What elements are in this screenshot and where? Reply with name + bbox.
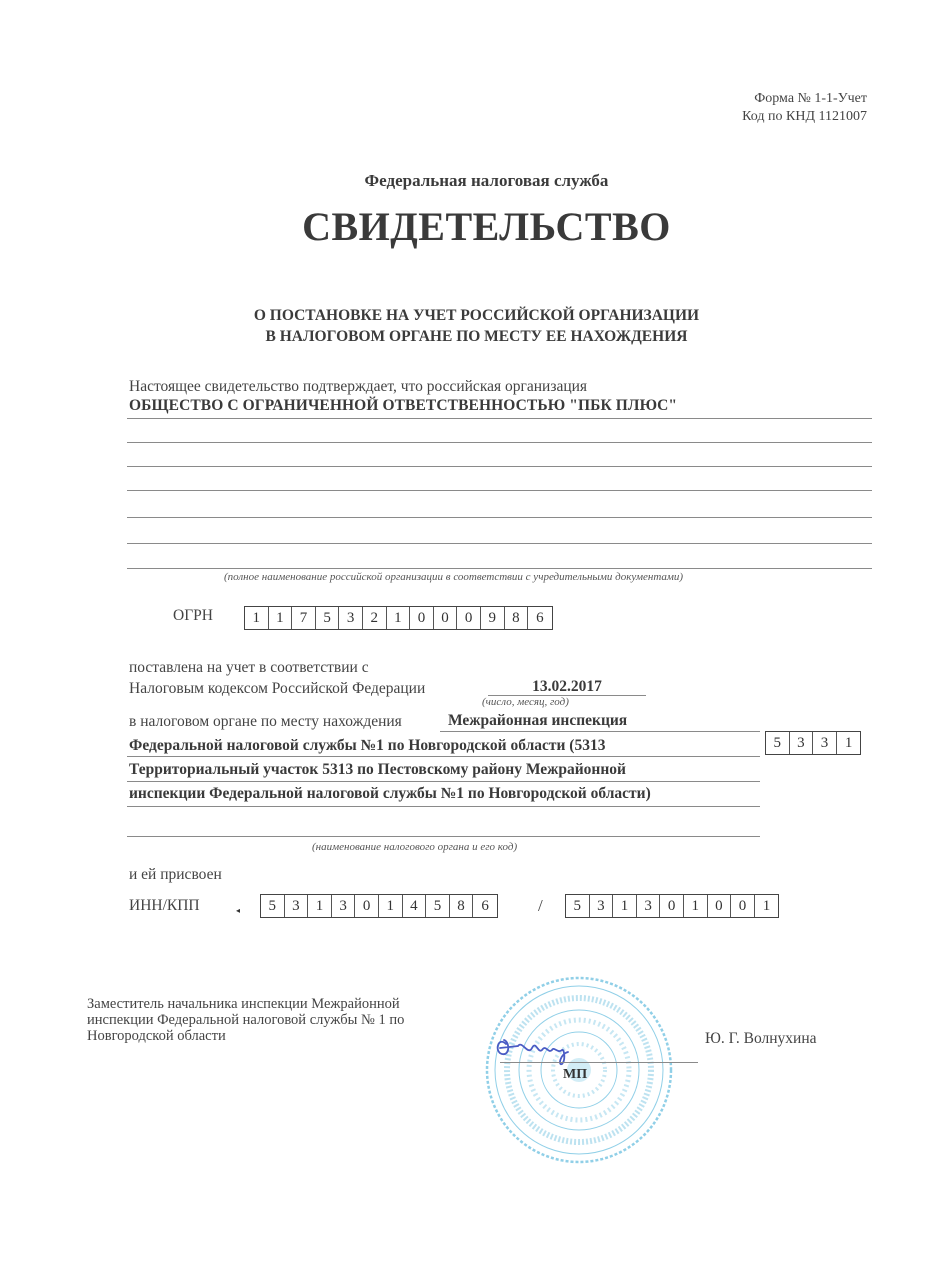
kpp-digit: 3 xyxy=(637,895,661,917)
inn-digit: 5 xyxy=(426,895,450,917)
ogrn-digit: 1 xyxy=(269,607,293,629)
registration-line-2: Налоговым кодексом Российской Федерации xyxy=(129,680,425,698)
signer-name: Ю. Г. Волнухина xyxy=(705,1030,817,1048)
ogrn-digit: 1 xyxy=(245,607,269,629)
ruled-line xyxy=(127,517,872,518)
kpp-digit: 0 xyxy=(731,895,755,917)
kpp-digit: 1 xyxy=(755,895,779,917)
registration-date: 13.02.2017 xyxy=(488,678,646,696)
document-title: СВИДЕТЕЛЬСТВО xyxy=(0,203,933,250)
subtitle-line-2: В НАЛОГОВОМ ОРГАНЕ ПО МЕСТУ ЕЕ НАХОЖДЕНИ… xyxy=(0,326,933,347)
knd-code: Код по КНД 1121007 xyxy=(742,108,867,126)
kpp-digit-boxes: 531301001 xyxy=(565,894,779,918)
ruled-line xyxy=(127,418,872,419)
ruled-line xyxy=(127,781,760,782)
inn-digit: 0 xyxy=(355,895,379,917)
kpp-digit: 1 xyxy=(684,895,708,917)
inn-digit: 5 xyxy=(261,895,285,917)
ruled-line xyxy=(440,731,760,732)
intro-text: Настоящее свидетельство подтверждает, чт… xyxy=(129,378,587,396)
inn-kpp-label: ИНН/КПП xyxy=(129,897,200,915)
signer-position-line-1: Заместитель начальника инспекции Межрайо… xyxy=(87,996,487,1012)
inn-digit: 3 xyxy=(332,895,356,917)
ruled-line xyxy=(127,543,872,544)
tick-mark: ◂ xyxy=(236,906,240,915)
kpp-digit: 3 xyxy=(590,895,614,917)
date-caption: (число, месяц, год) xyxy=(482,696,569,708)
tax-authority-code-digit: 3 xyxy=(790,732,814,754)
form-number: Форма № 1-1-Учет xyxy=(742,90,867,108)
inn-digit: 4 xyxy=(403,895,427,917)
tax-authority-code-boxes: 5331 xyxy=(765,731,861,755)
inn-kpp-separator: / xyxy=(538,896,543,916)
ogrn-digit: 7 xyxy=(292,607,316,629)
signer-position: Заместитель начальника инспекции Межрайо… xyxy=(87,996,487,1044)
document-subtitle: О ПОСТАНОВКЕ НА УЧЕТ РОССИЙСКОЙ ОРГАНИЗА… xyxy=(0,305,933,347)
ruled-line xyxy=(127,756,760,757)
ogrn-digit: 1 xyxy=(387,607,411,629)
inn-digit: 1 xyxy=(308,895,332,917)
ogrn-digit: 9 xyxy=(481,607,505,629)
ogrn-digit: 2 xyxy=(363,607,387,629)
tax-authority-code-digit: 5 xyxy=(766,732,790,754)
registration-line-1: поставлена на учет в соответствии с xyxy=(129,659,369,677)
ogrn-label: ОГРН xyxy=(173,607,213,625)
signer-position-line-3: Новгородской области xyxy=(87,1028,487,1044)
signature-line xyxy=(500,1062,698,1063)
kpp-digit: 1 xyxy=(613,895,637,917)
ogrn-digit-boxes: 1175321000986 xyxy=(244,606,553,630)
ogrn-digit: 0 xyxy=(457,607,481,629)
inn-digit: 3 xyxy=(285,895,309,917)
kpp-digit: 0 xyxy=(660,895,684,917)
ogrn-digit: 0 xyxy=(410,607,434,629)
ruled-line xyxy=(127,836,760,837)
ogrn-digit: 8 xyxy=(505,607,529,629)
tax-authority-label: в налоговом органе по месту нахождения xyxy=(129,713,402,731)
tax-authority-caption: (наименование налогового органа и его ко… xyxy=(312,841,517,853)
kpp-digit: 0 xyxy=(708,895,732,917)
agency-name: Федеральная налоговая служба xyxy=(0,171,933,191)
tax-authority-name-line-2: Федеральной налоговой службы №1 по Новго… xyxy=(129,737,605,755)
inn-digit: 8 xyxy=(450,895,474,917)
ruled-line xyxy=(127,490,872,491)
form-metadata: Форма № 1-1-Учет Код по КНД 1121007 xyxy=(742,90,867,126)
inn-digit: 1 xyxy=(379,895,403,917)
tax-authority-name-line-4: инспекции Федеральной налоговой службы №… xyxy=(129,785,651,803)
ruled-line xyxy=(127,568,872,569)
tax-authority-code-digit: 1 xyxy=(837,732,861,754)
signer-position-line-2: инспекции Федеральной налоговой службы №… xyxy=(87,1012,487,1028)
tax-authority-code-digit: 3 xyxy=(813,732,837,754)
seal-label: МП xyxy=(563,1067,587,1083)
assigned-label: и ей присвоен xyxy=(129,866,222,884)
ogrn-digit: 0 xyxy=(434,607,458,629)
organization-caption: (полное наименование российской организа… xyxy=(224,571,683,583)
ogrn-digit: 3 xyxy=(339,607,363,629)
ruled-line xyxy=(127,806,760,807)
organization-name: ОБЩЕСТВО С ОГРАНИЧЕННОЙ ОТВЕТСТВЕННОСТЬЮ… xyxy=(129,397,677,415)
subtitle-line-1: О ПОСТАНОВКЕ НА УЧЕТ РОССИЙСКОЙ ОРГАНИЗА… xyxy=(0,305,933,326)
inn-digit: 6 xyxy=(473,895,497,917)
tax-authority-name-line-1: Межрайонная инспекция xyxy=(448,712,627,730)
kpp-digit: 5 xyxy=(566,895,590,917)
ogrn-digit: 5 xyxy=(316,607,340,629)
ogrn-digit: 6 xyxy=(528,607,552,629)
ruled-line xyxy=(127,442,872,443)
ruled-line xyxy=(127,466,872,467)
inn-digit-boxes: 5313014586 xyxy=(260,894,498,918)
tax-authority-name-line-3: Территориальный участок 5313 по Пестовск… xyxy=(129,761,626,779)
